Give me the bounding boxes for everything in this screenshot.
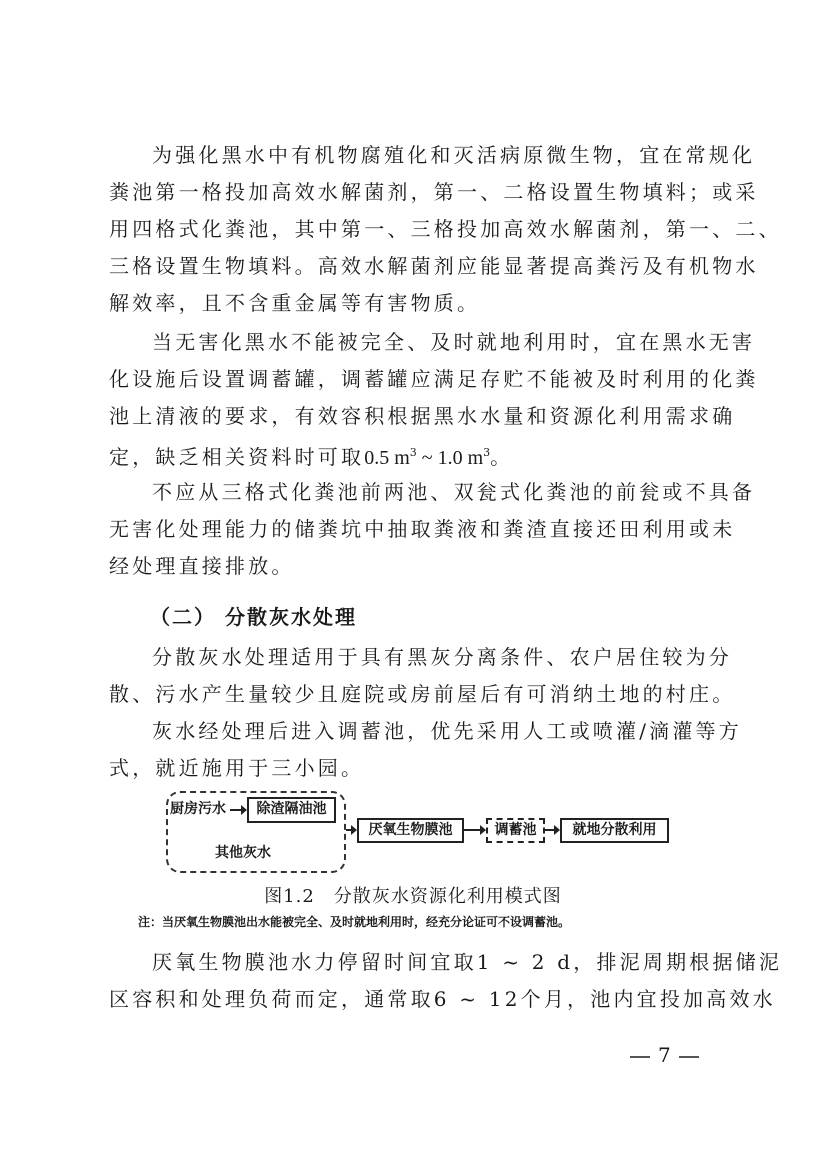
paragraph-2-line-3: 池上清液的要求，有效容积根据黑水水量和资源化利用需求确 <box>109 404 721 428</box>
paragraph-3-line-2: 无害化处理能力的储粪坑中抽取粪液和粪渣直接还田利用或未 <box>109 517 721 541</box>
page-number-value: 7 <box>658 1043 671 1067</box>
paragraph-6-line-1: 厌氧生物膜池水力停留时间宜取1 ~ 2 d，排泥周期根据储泥 <box>152 950 721 974</box>
last-line-suffix: 。 <box>490 445 513 469</box>
paragraph-1-line-1: 为强化黑水中有机物腐殖化和灭活病原微生物，宜在常规化 <box>152 143 721 167</box>
kitchen-wastewater-label: 厨房污水 <box>170 799 226 819</box>
paragraph-5-line-2: 式，就近施用于三小园。 <box>109 756 721 780</box>
dash-left <box>630 1056 650 1058</box>
volume-max: 1.0 m <box>438 447 484 469</box>
arrow-icon <box>464 829 485 831</box>
grey-water-source-group <box>166 791 346 873</box>
arrow-icon <box>545 829 559 831</box>
paragraph-4-line-2: 散、污水产生量较少且庭院或房前屋后有可消纳土地的村庄。 <box>109 682 721 706</box>
figure-note: 注：当厌氧生物膜池出水能被完全、及时就地利用时，经充分论证可不设调蓄池。 <box>138 914 570 930</box>
paragraph-4-line-1: 分散灰水处理适用于具有黑灰分离条件、农户居住较为分 <box>152 645 721 669</box>
document-page: 为强化黑水中有机物腐殖化和灭活病原微生物，宜在常规化 粪池第一格投加高效水解菌剂… <box>0 0 826 1169</box>
paragraph-3-line-1: 不应从三格式化粪池前两池、双瓮式化粪池的前瓮或不具备 <box>152 480 721 504</box>
other-greywater-label: 其他灰水 <box>215 843 271 863</box>
arrow-icon <box>346 829 356 831</box>
section-heading: （二） 分散灰水处理 <box>150 605 357 629</box>
paragraph-2-line-2: 化设施后设置调蓄罐，调蓄罐应满足存贮不能被及时利用的化粪 <box>109 367 721 391</box>
paragraph-3-line-3: 经处理直接排放。 <box>109 554 721 578</box>
paragraph-1-line-2: 粪池第一格投加高效水解菌剂，第一、二格设置生物填料；或采 <box>109 180 721 204</box>
paragraph-1-line-3: 用四格式化粪池，其中第一、三格投加高效水解菌剂，第一、二、 <box>109 217 721 241</box>
page-number: 7 <box>622 1043 707 1067</box>
volume-min: 0.5 m <box>364 447 410 469</box>
anaerobic-biofilm-tank-box: 厌氧生物膜池 <box>357 818 464 843</box>
paragraph-1-line-4: 三格设置生物填料。高效水解菌剂应能显著提高粪污及有机物水 <box>109 254 721 278</box>
last-line-prefix: 定，缺乏相关资料时可取 <box>109 445 364 469</box>
paragraph-2-line-4: 定，缺乏相关资料时可取0.5 m3 ~ 1.0 m3。 <box>109 441 721 470</box>
grease-trap-box: 除渣隔油池 <box>247 797 336 823</box>
paragraph-2-line-1: 当无害化黑水不能被完全、及时就地利用时，宜在黑水无害 <box>152 330 721 354</box>
arrow-icon <box>230 809 246 811</box>
range-sep: ~ <box>417 447 438 469</box>
paragraph-5-line-1: 灰水经处理后进入调蓄池，优先采用人工或喷灌/滴灌等方 <box>152 719 721 743</box>
superscript-1: 3 <box>410 446 417 459</box>
figure-caption: 图1.2 分散灰水资源化利用模式图 <box>0 886 826 908</box>
local-reuse-box: 就地分散利用 <box>560 818 669 843</box>
paragraph-6-line-2: 区容积和处理负荷而定，通常取6 ~ 12个月，池内宜投加高效水 <box>109 987 721 1011</box>
dash-right <box>679 1056 699 1058</box>
paragraph-1-line-5: 解效率，且不含重金属等有害物质。 <box>109 291 721 315</box>
regulating-tank-box: 调蓄池 <box>486 818 545 843</box>
